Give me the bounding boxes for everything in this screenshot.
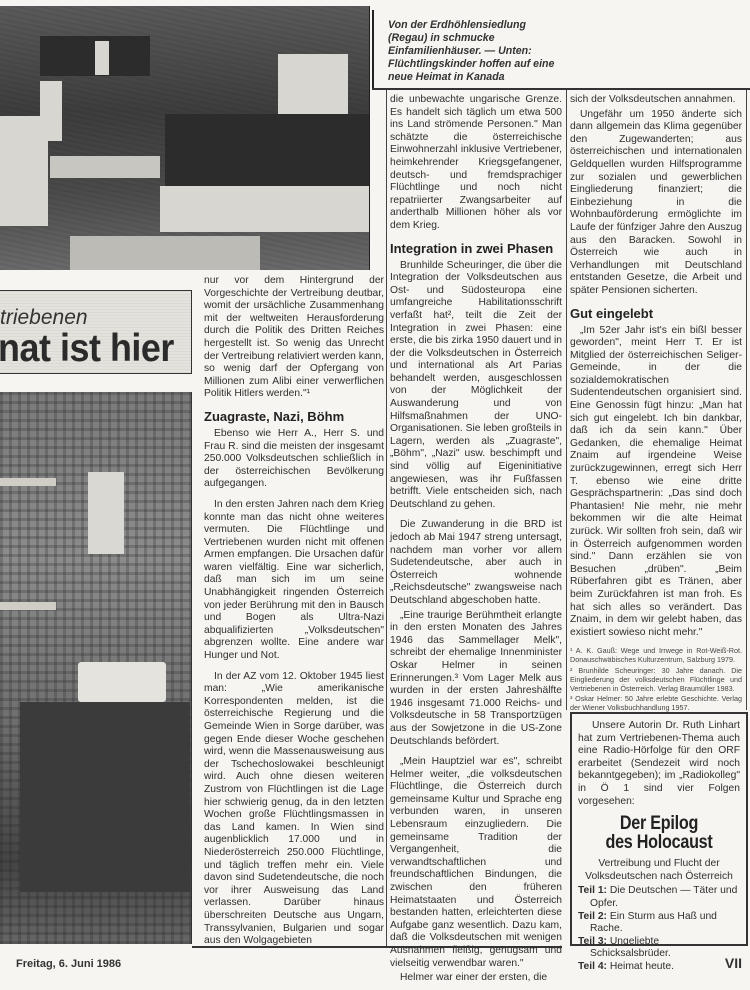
column-divider: [746, 90, 747, 710]
paragraph: Ungefähr um 1950 änderte sich dann allge…: [570, 109, 742, 298]
episode-title: Heimat heute.: [610, 961, 674, 972]
paragraph: In den ersten Jahren nach dem Krieg konn…: [204, 499, 384, 663]
episode-list: Teil 1: Die Deutschen — Täter und Opfer.…: [578, 885, 740, 973]
episode-item: Teil 4: Heimat heute.: [578, 961, 740, 974]
footnote: ³ Oskar Helmer: 50 Jahre erlebte Geschic…: [570, 695, 742, 713]
photo-basin: [78, 662, 166, 702]
photo-garden: [70, 236, 260, 270]
infobox-subtitle: Vertreibung und Flucht der Volksdeutsche…: [578, 858, 740, 883]
photo-fence: [50, 156, 160, 178]
paragraph: „Eine traurige Berühmtheit erlangte in d…: [390, 610, 562, 749]
episode-label: Teil 2:: [578, 911, 607, 922]
top-divider: [372, 88, 750, 90]
episode-item: Teil 2: Ein Sturm aus Haß und Rache.: [578, 911, 740, 936]
paragraph: Brunhilde Scheuringer, die über die Inte…: [390, 260, 562, 512]
episode-title: Die Deutschen — Täter und Opfer.: [590, 885, 737, 909]
photo-towel: [88, 472, 124, 554]
episode-label: Teil 1:: [578, 885, 607, 896]
column-divider: [386, 90, 387, 946]
subheading: Gut eingelebt: [570, 306, 742, 322]
episode-item: Teil 3: Ungeliebte Schicksalsbrüder.: [578, 936, 740, 961]
paragraph: Die Zuwanderung in die BRD ist jedoch ab…: [390, 519, 562, 607]
column-divider: [566, 90, 567, 710]
headline-box: triebenen nat ist hier: [0, 290, 192, 374]
photo-house: [95, 41, 109, 75]
subheading: Integration in zwei Phasen: [390, 241, 562, 257]
page-number: VII: [725, 955, 742, 971]
footnotes: ¹ A. K. Gauß: Wege und Irrwege in Rot-We…: [570, 647, 742, 713]
paragraph: „Mein Hauptziel war es", schreibt Helmer…: [390, 756, 562, 970]
paragraph: sich der Volksdeutschen annahmen.: [570, 94, 742, 107]
infobox-title: Der Epilog des Holocaust: [590, 814, 728, 852]
issue-date: Freitag, 6. Juni 1986: [16, 958, 121, 970]
photo-shelf: [0, 602, 56, 610]
photo-caption: Von der Erdhöhlensiedlung (Regau) in sch…: [388, 19, 562, 84]
infobox-title-line: des Holocaust: [590, 833, 728, 852]
infobox-title-line: Der Epilog: [590, 814, 728, 833]
paragraph: Helmer war einer der ersten, die: [390, 972, 562, 985]
paragraph: die unbewachte ungarische Grenze. Es han…: [390, 94, 562, 233]
bottom-divider: [192, 946, 562, 948]
episode-title: Ein Sturm aus Haß und Rache.: [590, 911, 717, 935]
episode-item: Teil 1: Die Deutschen — Täter und Opfer.: [578, 885, 740, 910]
photo-stove: [20, 702, 190, 892]
article-column-1: nur vor dem Hintergrund der Vorgeschicht…: [204, 275, 384, 956]
radio-series-box: Unsere Autorin Dr. Ruth Linhart hat zum …: [570, 712, 748, 946]
footnote: ² Brunhilde Scheuringer: 30 Jahre danach…: [570, 667, 742, 693]
paragraph: nur vor dem Hintergrund der Vorgeschicht…: [204, 275, 384, 401]
article-column-2: die unbewachte ungarische Grenze. Es han…: [390, 94, 562, 990]
headline-title: nat ist hier: [0, 327, 174, 371]
paragraph: Ebenso wie Herr A., Herr S. und Frau R. …: [204, 428, 384, 491]
photo-house: [278, 54, 348, 114]
footnote: ¹ A. K. Gauß: Wege und Irrwege in Rot-We…: [570, 647, 742, 665]
infobox-intro: Unsere Autorin Dr. Ruth Linhart hat zum …: [578, 720, 740, 808]
photo-house: [160, 186, 370, 232]
episode-label: Teil 4:: [578, 961, 607, 972]
settlement-photo: [0, 6, 370, 270]
article-column-3: sich der Volksdeutschen annahmen. Ungefä…: [570, 94, 742, 715]
photo-shelf: [0, 478, 56, 486]
photo-caption-box: Von der Erdhöhlensiedlung (Regau) in sch…: [372, 10, 562, 88]
paragraph: In der AZ vom 12. Oktober 1945 liest man…: [204, 671, 384, 948]
paragraph: „Im 52er Jahr ist's ein bißl besser gewo…: [570, 325, 742, 640]
episode-label: Teil 3:: [578, 936, 607, 947]
subheading: Zuagraste, Nazi, Böhm: [204, 409, 384, 425]
photo-house: [40, 81, 62, 141]
barrack-interior-photo: [0, 392, 192, 944]
photo-roof: [165, 114, 370, 192]
